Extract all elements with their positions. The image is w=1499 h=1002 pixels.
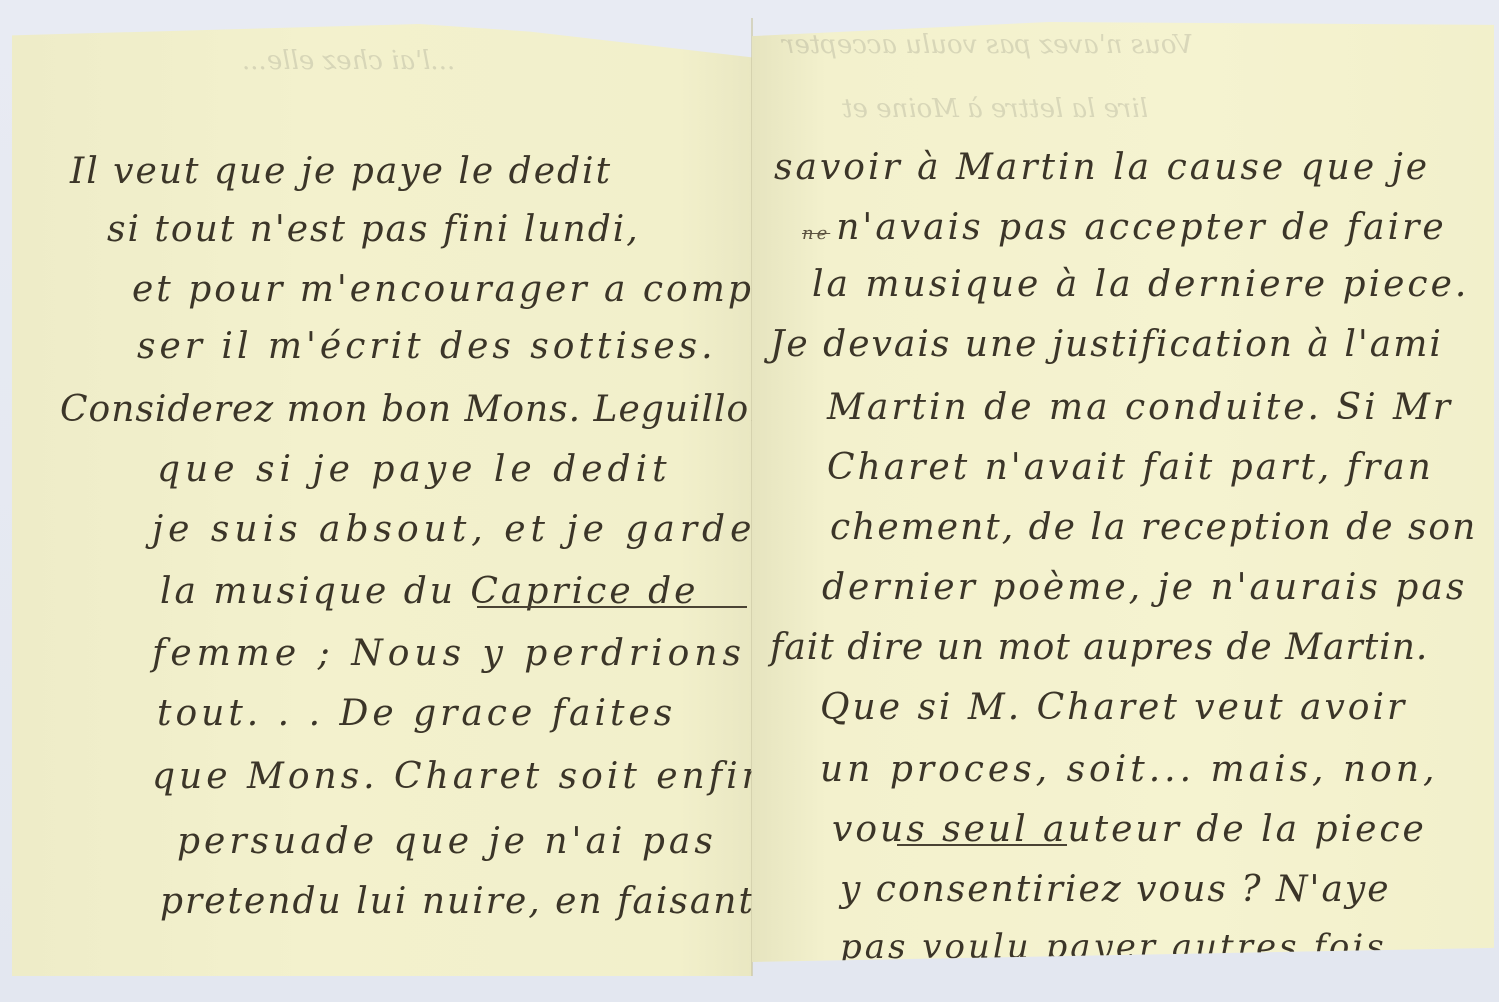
letter-line: chement, de la reception de son — [830, 510, 1477, 546]
letter-line-text: n'avais pas accepter de faire — [836, 207, 1446, 248]
show-through-text: Vous n'avez pas voulu accepter — [782, 30, 1193, 60]
left-page: ...l'ai chez elle... Il veut que je paye… — [12, 24, 752, 976]
struck-word: ne — [802, 223, 830, 244]
letter-line: pas voulu payer autres fois — [840, 930, 1387, 964]
letter-line: pretendu lui nuire, en faisant — [160, 884, 755, 920]
letter-line: si tout n'est pas fini lundi, — [107, 212, 640, 248]
show-through-text: ...l'ai chez elle... — [242, 46, 455, 76]
letter-line: savoir à Martin la cause que je — [774, 150, 1430, 186]
letter-line: Il veut que je paye le dedit — [70, 154, 612, 190]
letter-line: que Mons. Charet soit enfin — [152, 759, 769, 795]
letter-line: vous seul auteur de la piece — [832, 812, 1427, 848]
letter-line: Que si M. Charet veut avoir — [820, 690, 1407, 726]
letter-line: que si je paye le dedit — [157, 452, 672, 488]
letter-line: dernier poème, je n'aurais pas — [822, 570, 1467, 606]
letter-line: et pour m'encourager a compo — [132, 272, 779, 308]
letter-line: femme ; Nous y perdrions — [152, 636, 746, 672]
letter-line: tout. . . De grace faites — [157, 696, 676, 732]
right-page: Vous n'avez pas voulu accepter lire la l… — [752, 22, 1494, 962]
letter-line: nen'avais pas accepter de faire — [802, 210, 1447, 246]
letter-line: la musique à la derniere piece. — [812, 267, 1469, 303]
letter-line: fait dire un mot aupres de Martin. — [770, 630, 1428, 666]
letter-line: Martin de ma conduite. Si Mr — [827, 390, 1453, 426]
letter-line: la musique du Caprice de — [160, 574, 698, 610]
letter-line: persuade que je n'ai pas — [177, 824, 717, 860]
letter: ...l'ai chez elle... Il veut que je paye… — [12, 18, 1499, 976]
letter-line: y consentiriez vous ? N'aye — [840, 872, 1391, 908]
caprice-underline — [477, 606, 747, 608]
letter-line: je suis absout, et je garde — [152, 512, 756, 548]
letter-line: ser il m'écrit des sottises. — [137, 329, 717, 365]
seul-auteur-underline — [897, 844, 1067, 846]
show-through-text: lire la lettre à Moine et — [842, 94, 1148, 124]
letter-line: Je devais une justification à l'ami — [770, 327, 1443, 363]
letter-line: Considerez mon bon Mons. Leguillon — [60, 392, 773, 428]
letter-line: un proces, soit... mais, non, — [820, 752, 1438, 788]
letter-line: Charet n'avait fait part, fran — [827, 450, 1434, 486]
